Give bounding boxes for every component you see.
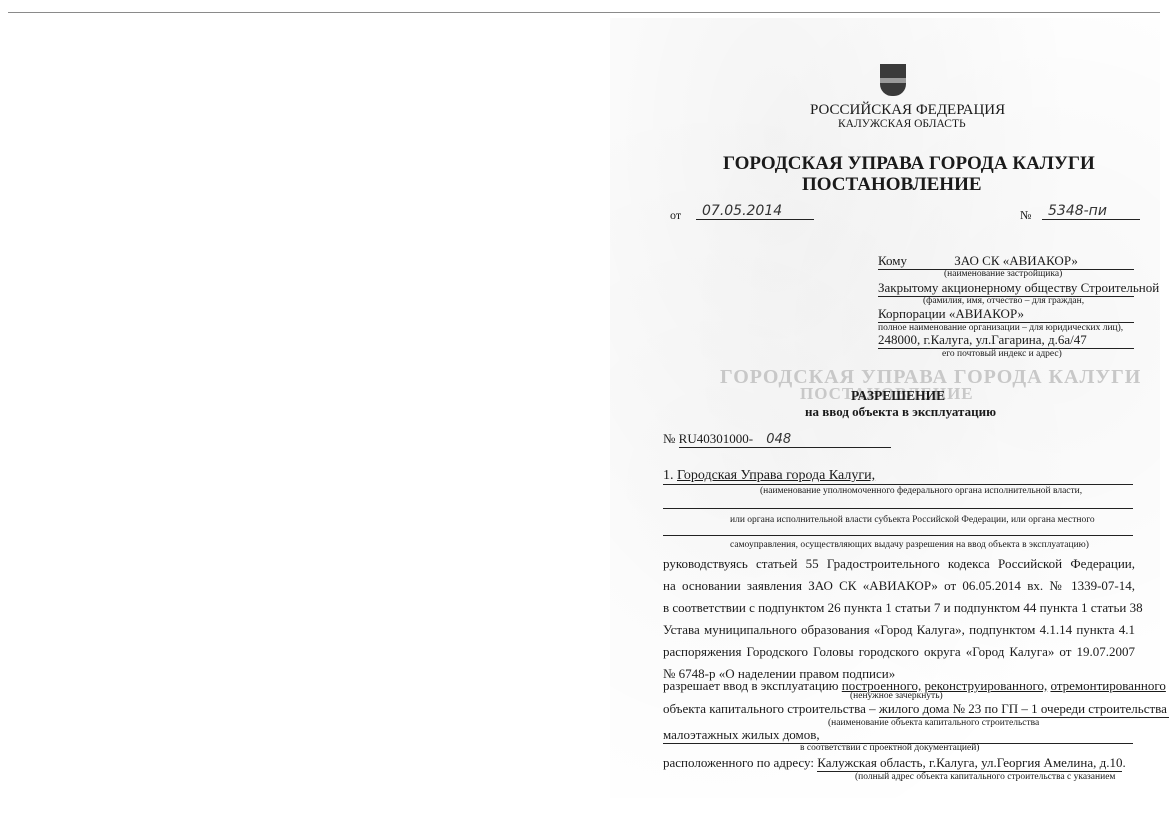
developer-note: (наименование застройщика) [944, 269, 1062, 279]
section-index: 1. [663, 468, 674, 483]
page-top-border [8, 12, 1160, 13]
permit-number-handwritten: 048 [766, 432, 791, 447]
region-heading: КАЛУЖСКАЯ ОБЛАСТЬ [838, 118, 966, 130]
object-row: объекта капитального строительства – жил… [663, 701, 1169, 718]
permit-subtitle: на ввод объекта в эксплуатацию [805, 404, 996, 420]
body-line-5: распоряжения Городского Головы городског… [663, 644, 1135, 660]
permits-label: разрешает ввод в эксплуатацию [663, 678, 839, 693]
object-note-2: в соответствии с проектной документацией… [800, 743, 979, 753]
body-line-3: в соответствии с подпунктом 26 пункта 1 … [663, 600, 1135, 616]
developer-full-name-line2: Корпорации «АВИАКОР» [878, 306, 1134, 323]
body-line-1: руководствуясь статьей 55 Градостроитель… [663, 556, 1135, 572]
body-line-2: на основании заявления ЗАО СК «АВИАКОР» … [663, 578, 1135, 594]
address-note: его почтовый индекс и адрес) [942, 349, 1062, 359]
object-name: жилого дома № 23 по ГП – 1 очереди строи… [879, 701, 1169, 718]
option-repaired: отремонтированного [1050, 678, 1165, 693]
permit-number-label: № [663, 431, 675, 446]
date-label: от [670, 208, 681, 223]
issuer-note-3: самоуправления, осуществляющих выдачу ра… [730, 540, 1089, 550]
permit-number-row: № RU40301000- 048 [663, 431, 891, 448]
address-row: расположенного по адресу: Калужская обла… [663, 755, 1122, 772]
developer-short-name: ЗАО СК «АВИАКОР» [954, 253, 1078, 268]
full-name-note: (фамилия, имя, отчество – для граждан, [923, 296, 1084, 306]
issuer-name: Городская Управа города Калуги, [677, 468, 875, 483]
developer-address: 248000, г.Калуга, ул.Гагарина, д.6а/47 [878, 332, 1134, 349]
object-address-value: Калужская область, г.Калуга, ул.Георгия … [817, 755, 1122, 772]
issuer-row: 1. Городская Управа города Калуги, [663, 468, 1133, 485]
blank-line-1 [663, 508, 1133, 509]
object-name-continuation: малоэтажных жилых домов, [663, 727, 1133, 744]
issuer-note-1: (наименование уполномоченного федерально… [760, 486, 1082, 496]
date-value: 07.05.2014 [696, 203, 814, 220]
blank-line-2 [663, 535, 1133, 536]
permit-number-field: RU40301000- 048 [679, 431, 891, 448]
permit-number-prefix: RU40301000- [679, 431, 753, 446]
recipient-to-label: Кому [878, 253, 907, 268]
issuer-note-2: или органа исполнительной власти субъект… [730, 515, 1095, 525]
country-heading: РОССИЙСКАЯ ФЕДЕРАЦИЯ [810, 102, 1005, 119]
permit-title: РАЗРЕШЕНИЕ [851, 388, 945, 404]
authority-heading: ГОРОДСКАЯ УПРАВА ГОРОДА КАЛУГИ [723, 153, 1095, 175]
coat-of-arms-icon [880, 64, 906, 96]
recipient-row: Кому ЗАО СК «АВИАКОР» [878, 253, 1134, 270]
body-line-4: Устава муниципального образования «Город… [663, 622, 1135, 638]
object-label: объекта капитального строительства – [663, 701, 876, 716]
document-type-heading: ПОСТАНОВЛЕНИЕ [802, 174, 982, 196]
number-value: 5348-пи [1042, 203, 1140, 220]
object-address-label: расположенного по адресу: [663, 755, 814, 770]
developer-full-name-line1: Закрытому акционерному обществу Строител… [878, 280, 1134, 297]
object-address-note: (полный адрес объекта капитального строи… [855, 772, 1115, 782]
number-label: № [1020, 208, 1031, 223]
strike-note: (ненужное зачеркнуть) [850, 691, 943, 701]
